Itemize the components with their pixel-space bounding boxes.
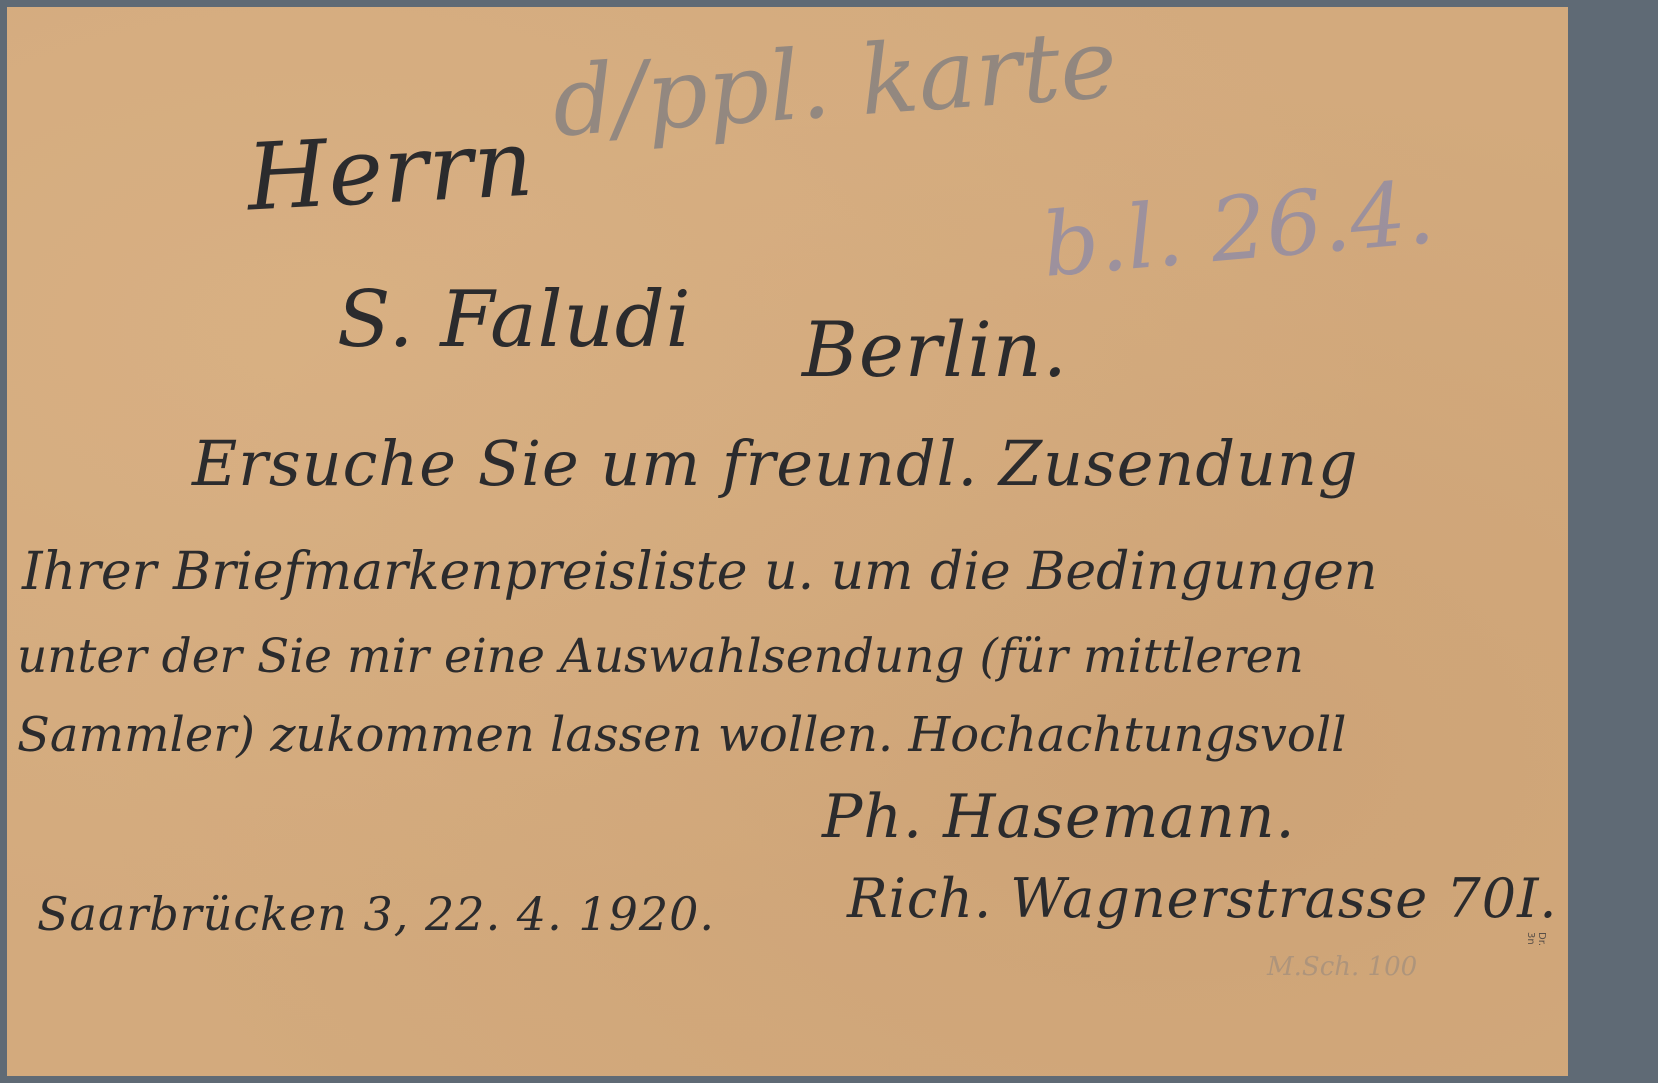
message-line-2: Ihrer Briefmarkenpreisliste u. um die Be… — [22, 542, 1377, 602]
pencil-annotation-card-type: d/ppl. karte — [549, 7, 1121, 158]
salutation: Herrn — [244, 110, 536, 232]
message-line-4: Sammler) zukommen lassen wollen. Hochach… — [17, 707, 1347, 763]
edge-print-mark: Dr. 3n — [1525, 932, 1547, 953]
pencil-annotation-date: b.l. 26.4. — [1038, 160, 1438, 297]
postcard: d/ppl. karte b.l. 26.4. Herrn S. Faludi … — [7, 7, 1568, 1076]
message-line-3: unter der Sie mir eine Auswahlsendung (f… — [17, 629, 1304, 684]
recipient-city: Berlin. — [802, 305, 1068, 394]
sender-signature: Ph. Hasemann. — [822, 782, 1296, 852]
pencil-annotation-bottom: M.Sch. 100 — [1267, 952, 1417, 982]
message-line-1: Ersuche Sie um freundl. Zusendung — [192, 427, 1359, 500]
sender-place-date: Saarbrücken 3, 22. 4. 1920. — [37, 887, 715, 941]
sender-street-address: Rich. Wagnerstrasse 70I. — [847, 867, 1558, 930]
recipient-name: S. Faludi — [337, 275, 692, 365]
